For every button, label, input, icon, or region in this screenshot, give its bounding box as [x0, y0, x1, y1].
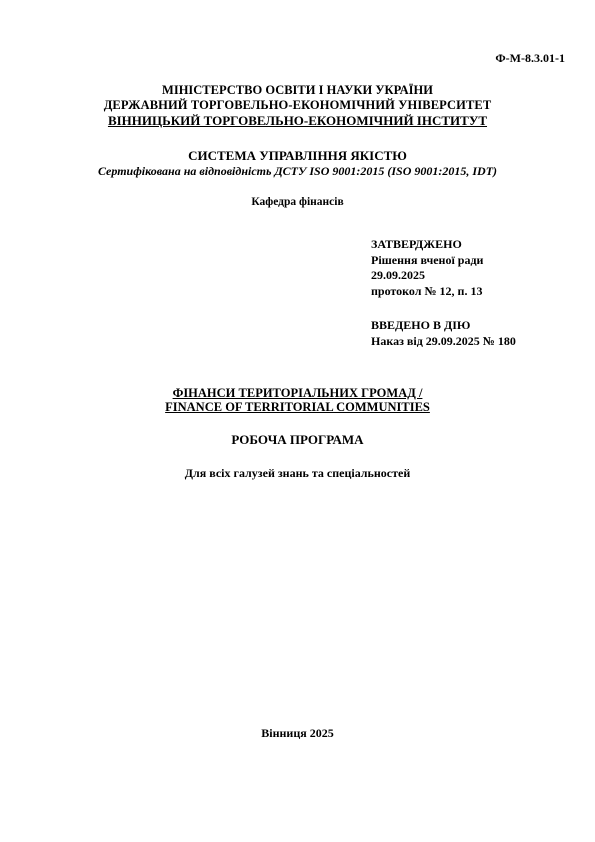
introduced-block: ВВЕДЕНО В ДІЮ Наказ від 29.09.2025 № 180 [371, 318, 516, 349]
course-title-en: FINANCE OF TERRITORIAL COMMUNITIES [0, 400, 595, 414]
introduced-order: Наказ від 29.09.2025 № 180 [371, 334, 516, 350]
introduced-heading: ВВЕДЕНО В ДІЮ [371, 318, 516, 334]
certification-note: Сертифікована на відповідність ДСТУ ISO … [0, 164, 595, 179]
approval-body: Рішення вченої ради [371, 253, 483, 269]
approval-date: 29.09.2025 [371, 268, 483, 284]
ministry-name: МІНІСТЕРСТВО ОСВІТИ І НАУКИ УКРАЇНИ [0, 83, 595, 98]
footer-city-year: Вінниця 2025 [0, 726, 595, 741]
document-type: РОБОЧА ПРОГРАМА [0, 432, 595, 448]
course-title: ФІНАНСИ ТЕРИТОРІАЛЬНИХ ГРОМАД / FINANCE … [0, 386, 595, 414]
quality-system-title: СИСТЕМА УПРАВЛІННЯ ЯКІСТЮ [0, 148, 595, 164]
approval-protocol: протокол № 12, п. 13 [371, 284, 483, 300]
approval-block: ЗАТВЕРДЖЕНО Рішення вченої ради 29.09.20… [371, 237, 483, 299]
approval-heading: ЗАТВЕРДЖЕНО [371, 237, 483, 253]
scope-note: Для всіх галузей знань та спеціальностей [0, 466, 595, 481]
form-code: Ф-М-8.3.01-1 [495, 51, 565, 66]
department-name: Кафедра фінансів [0, 196, 595, 208]
institute-name: ВІННИЦЬКИЙ ТОРГОВЕЛЬНО-ЕКОНОМІЧНИЙ ІНСТИ… [0, 113, 595, 129]
course-title-ua: ФІНАНСИ ТЕРИТОРІАЛЬНИХ ГРОМАД / [0, 386, 595, 400]
university-name: ДЕРЖАВНИЙ ТОРГОВЕЛЬНО-ЕКОНОМІЧНИЙ УНІВЕР… [0, 98, 595, 113]
